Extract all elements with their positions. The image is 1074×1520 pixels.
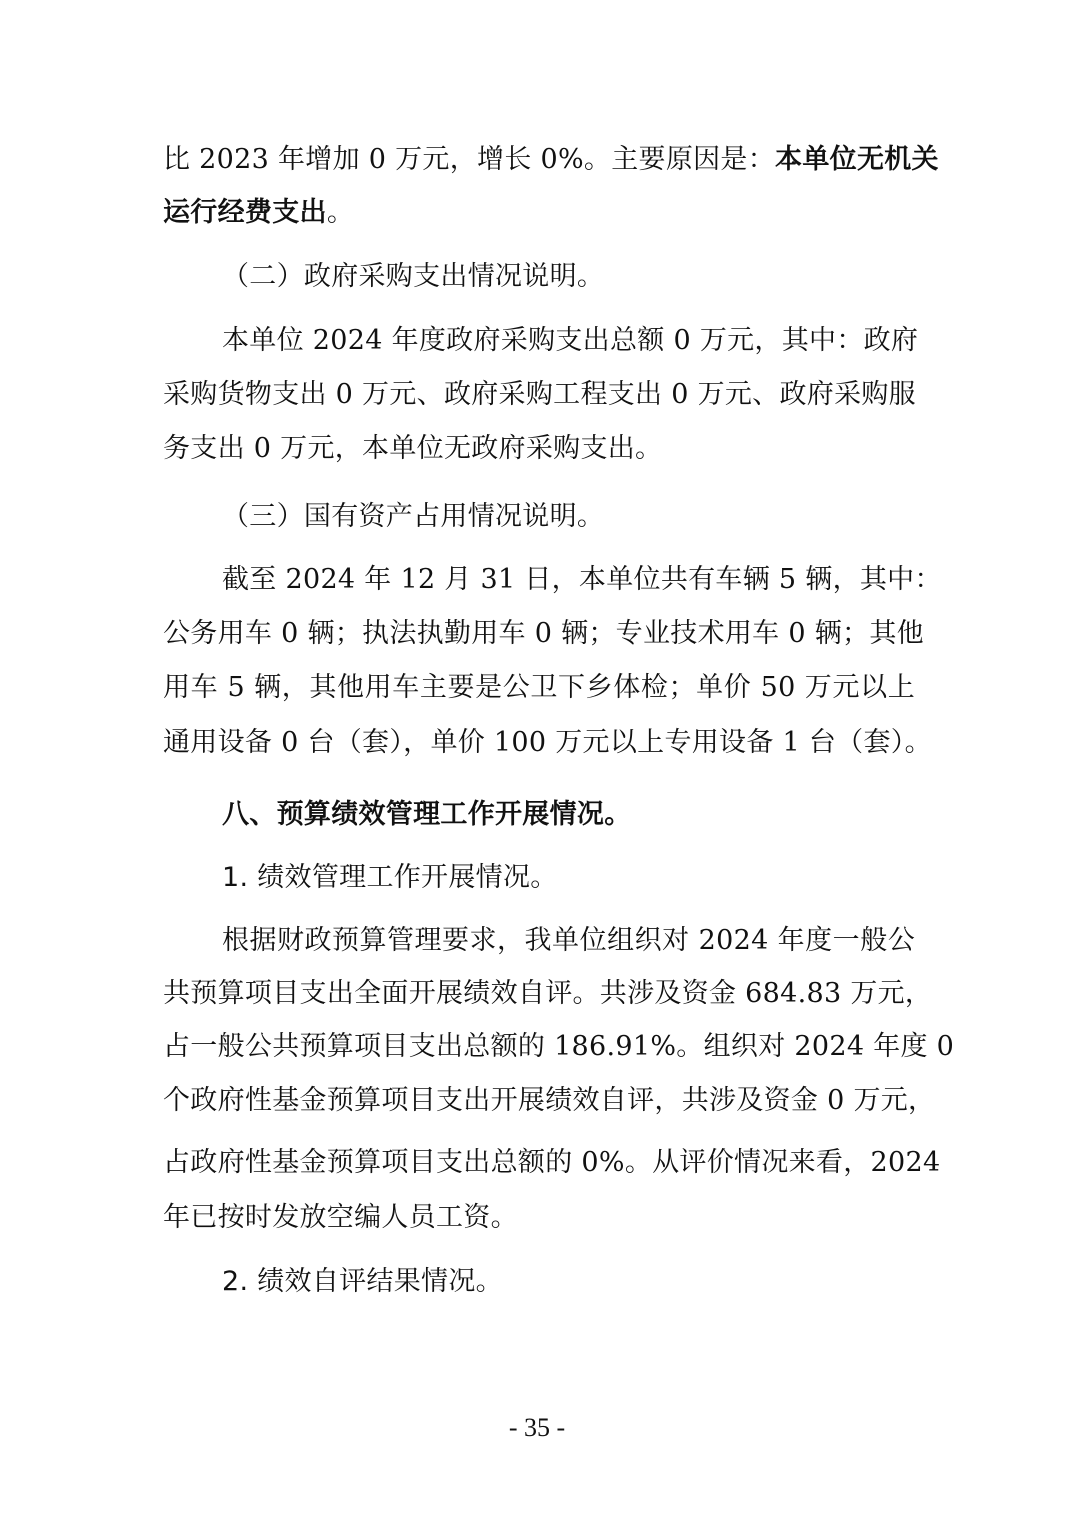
section-heading-budget-performance: 八、预算绩效管理工作开展情况。 bbox=[222, 795, 915, 835]
paragraph-line: 共预算项目支出全面开展绩效自评。共涉及资金 684.83 万元， bbox=[163, 974, 915, 1014]
text-normal: 比 2023 年增加 0 万元，增长 0%。主要原因是： bbox=[163, 144, 775, 175]
paragraph-line: 根据财政预算管理要求，我单位组织对 2024 年度一般公 bbox=[222, 921, 915, 961]
section-title-procurement: （二）政府采购支出情况说明。 bbox=[222, 257, 915, 297]
subsection-heading-self-evaluation-results: 2. 绩效自评结果情况。 bbox=[222, 1262, 915, 1302]
paragraph-line: 运行经费支出。 bbox=[163, 193, 915, 233]
paragraph-line: 年已按时发放空编人员工资。 bbox=[163, 1198, 915, 1238]
subsection-heading-performance-management: 1. 绩效管理工作开展情况。 bbox=[222, 858, 915, 898]
paragraph-line: 比 2023 年增加 0 万元，增长 0%。主要原因是：本单位无机关 bbox=[163, 140, 915, 180]
paragraph-line: 本单位 2024 年度政府采购支出总额 0 万元，其中：政府 bbox=[222, 321, 915, 361]
paragraph-line: 公务用车 0 辆；执法执勤用车 0 辆；专业技术用车 0 辆；其他 bbox=[163, 614, 915, 654]
text-normal: 。 bbox=[327, 197, 354, 228]
paragraph-line: 采购货物支出 0 万元、政府采购工程支出 0 万元、政府采购服 bbox=[163, 375, 915, 415]
text-bold-emphasis: 运行经费支出 bbox=[163, 197, 327, 228]
paragraph-line: 务支出 0 万元，本单位无政府采购支出。 bbox=[163, 429, 915, 469]
paragraph-line: 占政府性基金预算项目支出总额的 0%。从评价情况来看，2024 bbox=[163, 1143, 915, 1183]
page-number: - 35 - bbox=[0, 1410, 1074, 1446]
text-bold-emphasis: 本单位无机关 bbox=[775, 144, 939, 175]
paragraph-line: 个政府性基金预算项目支出开展绩效自评，共涉及资金 0 万元， bbox=[163, 1081, 915, 1121]
paragraph-line: 占一般公共预算项目支出总额的 186.91%。组织对 2024 年度 0 bbox=[163, 1027, 915, 1067]
paragraph-line: 用车 5 辆，其他用车主要是公卫下乡体检；单价 50 万元以上 bbox=[163, 668, 915, 708]
paragraph-line: 截至 2024 年 12 月 31 日，本单位共有车辆 5 辆，其中： bbox=[222, 560, 915, 600]
section-title-assets: （三）国有资产占用情况说明。 bbox=[222, 497, 915, 537]
paragraph-line: 通用设备 0 台（套），单价 100 万元以上专用设备 1 台（套）。 bbox=[163, 723, 915, 763]
document-page: 比 2023 年增加 0 万元，增长 0%。主要原因是：本单位无机关 运行经费支… bbox=[0, 0, 1074, 1520]
